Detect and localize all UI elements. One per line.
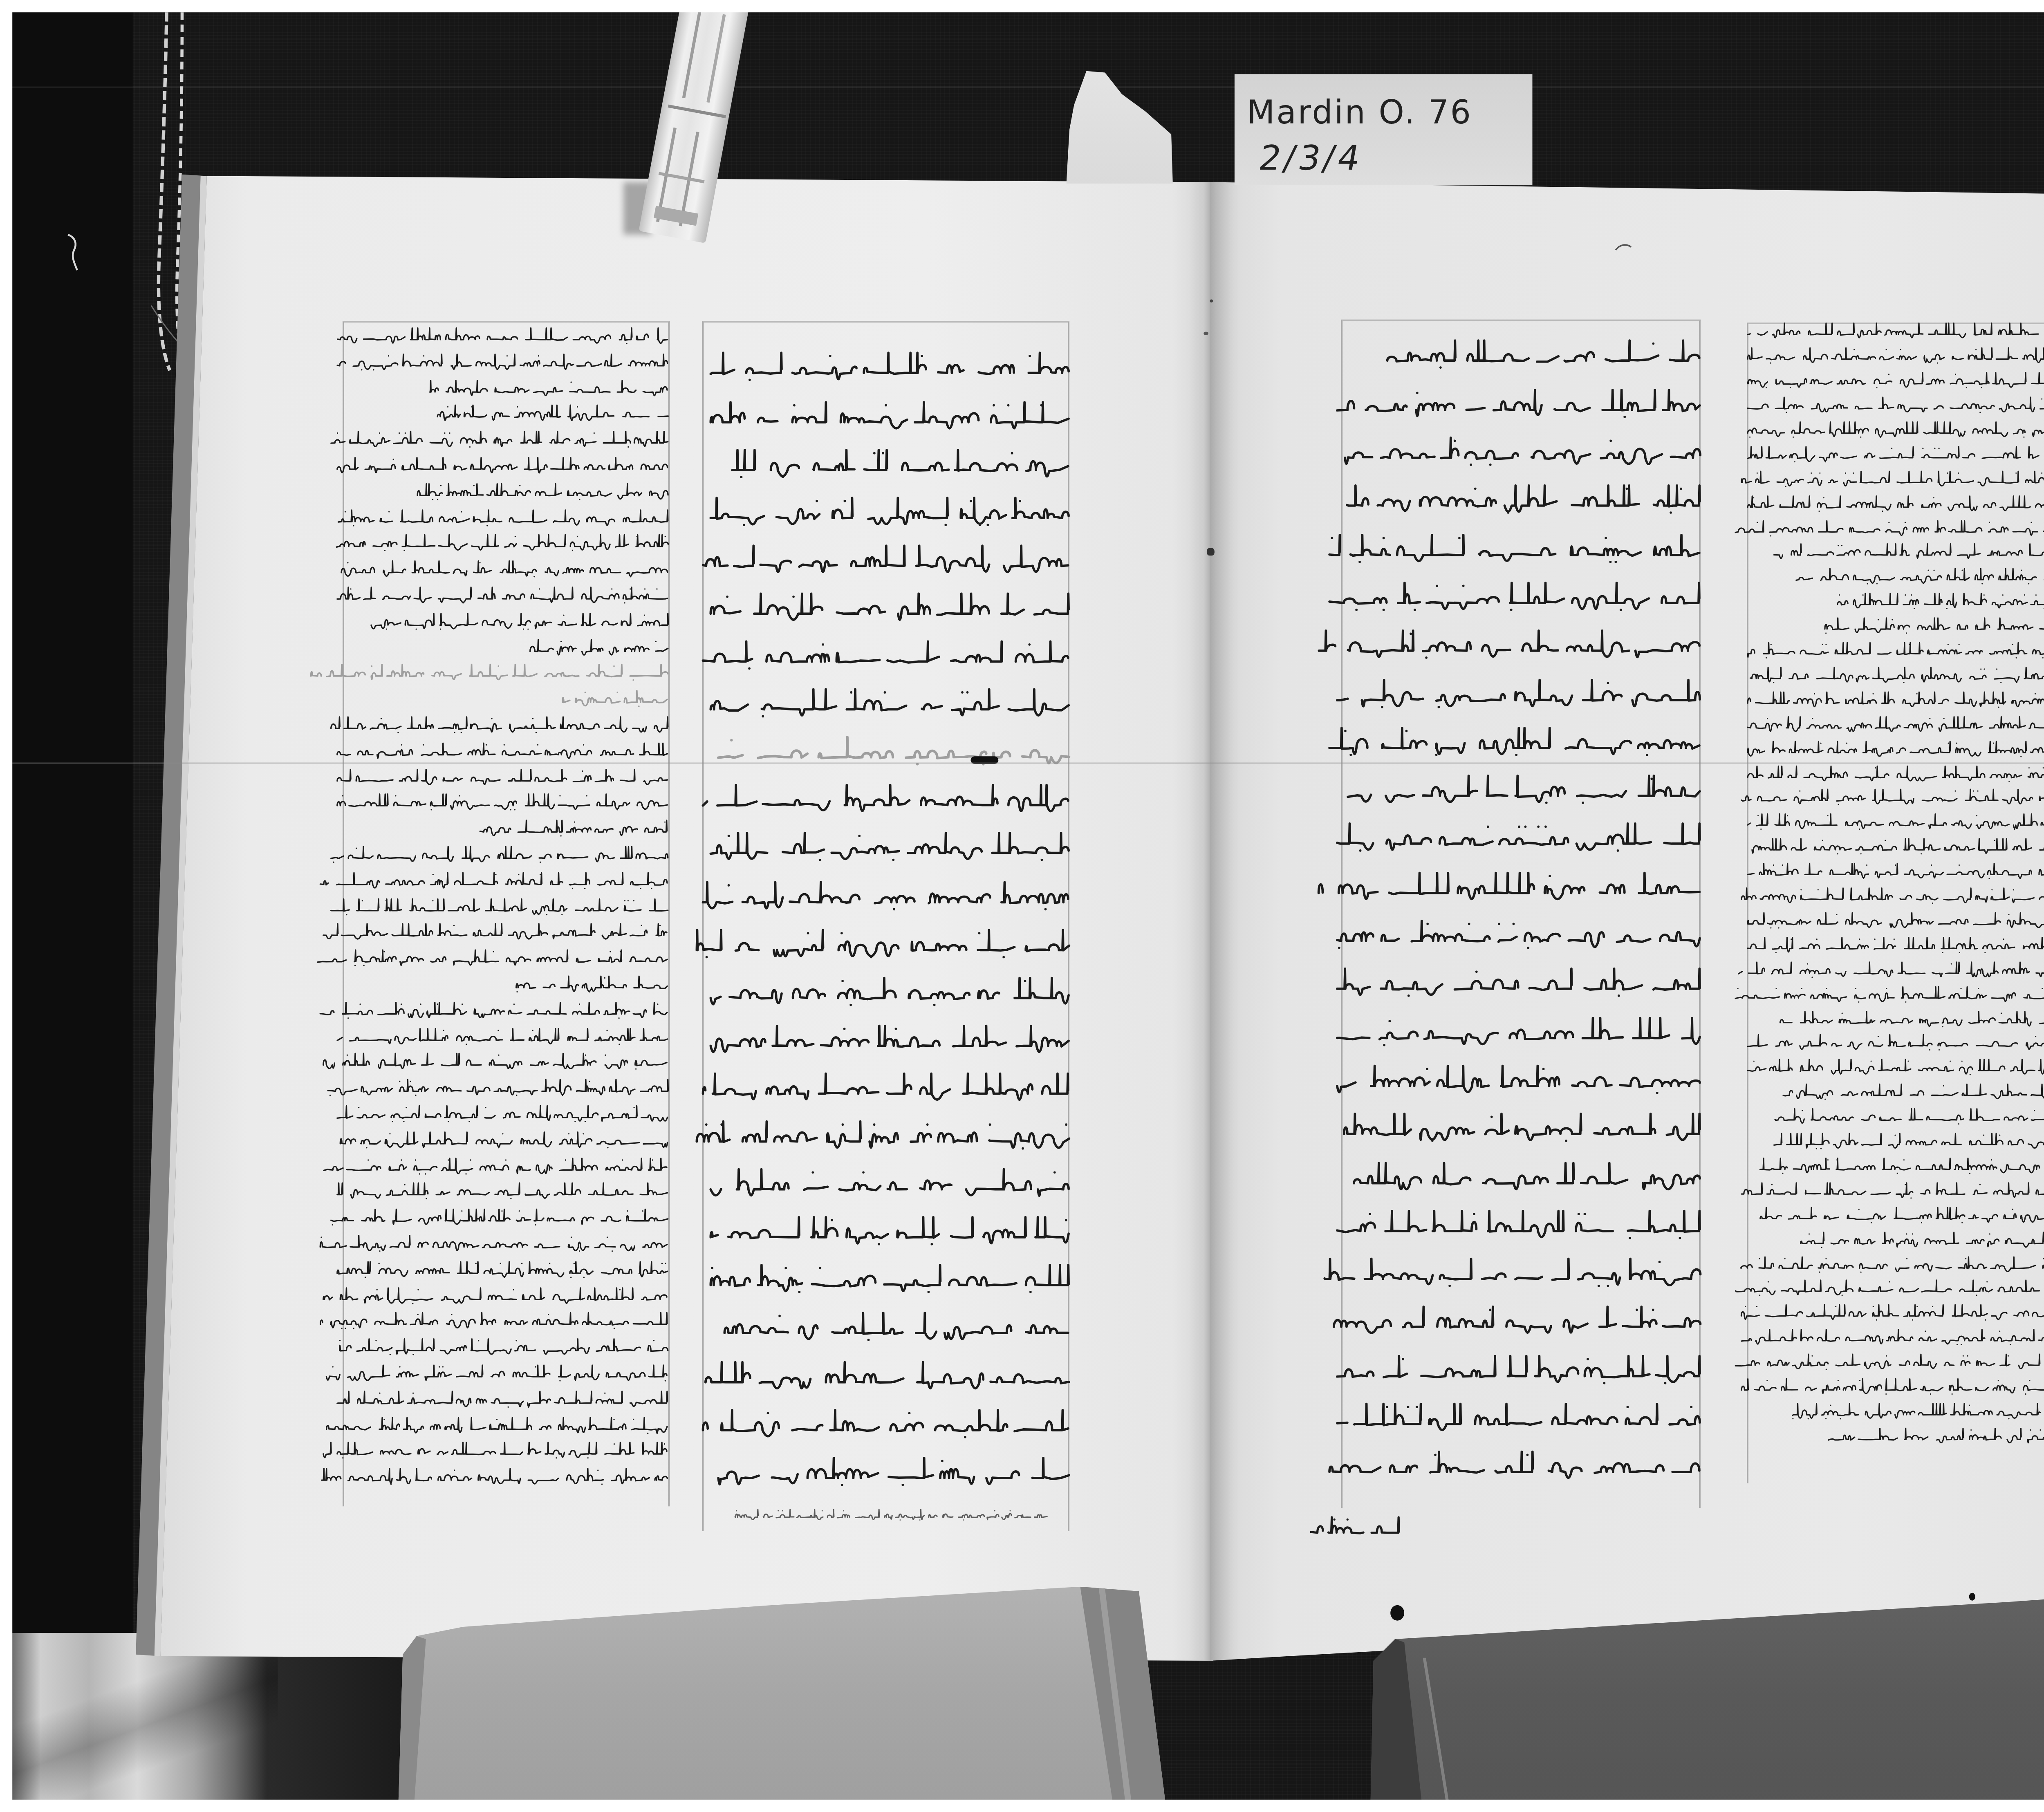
script-line xyxy=(1753,1205,2044,1227)
script-line xyxy=(695,1118,1069,1158)
script-line xyxy=(1329,723,1701,764)
clip-crossbar xyxy=(668,105,726,119)
script-line xyxy=(1322,1255,1700,1295)
script-line xyxy=(330,896,668,919)
script-line xyxy=(1336,1400,1701,1440)
script-line xyxy=(1747,322,2044,344)
script-line xyxy=(316,948,668,971)
gutter-mark xyxy=(1204,332,1208,335)
script-line xyxy=(1740,1377,2044,1399)
script-line xyxy=(724,1310,1069,1350)
script-line xyxy=(1329,579,1701,619)
script-line xyxy=(710,397,1069,437)
script-line xyxy=(1734,518,2044,540)
script-line xyxy=(323,1156,668,1179)
script-line xyxy=(710,1021,1069,1062)
script-line xyxy=(1747,371,2044,393)
gutter-shadow xyxy=(1188,182,1241,1661)
script-line xyxy=(1734,1303,2044,1325)
script-line xyxy=(320,1233,668,1257)
script-line xyxy=(1760,1156,2044,1178)
ink-dot xyxy=(1390,1605,1404,1621)
script-line xyxy=(710,685,1069,726)
script-line xyxy=(1336,965,1701,1005)
script-line xyxy=(695,925,1069,965)
script-line xyxy=(703,1069,1069,1109)
script-line xyxy=(730,1508,1048,1523)
script-line xyxy=(1336,1110,1701,1150)
script-line xyxy=(710,589,1069,629)
script-line xyxy=(336,559,668,582)
script-line xyxy=(1318,869,1701,909)
script-line xyxy=(724,446,1069,486)
cloth-fold-shadow xyxy=(0,1633,278,1812)
script-line xyxy=(320,1415,668,1438)
script-line xyxy=(1740,886,2044,908)
script-line xyxy=(323,1440,668,1464)
script-line xyxy=(703,637,1069,677)
script-line xyxy=(323,922,668,945)
script-line xyxy=(1336,772,1701,812)
script-line xyxy=(1336,1158,1701,1198)
script-line xyxy=(1792,1401,2044,1423)
script-line xyxy=(529,637,668,660)
photo-border-bottom xyxy=(0,1800,2044,1812)
script-line xyxy=(1336,482,1701,522)
script-line xyxy=(1344,434,1701,474)
script-line xyxy=(1747,665,2044,687)
script-line xyxy=(1336,1207,1701,1247)
script-line xyxy=(330,1337,668,1360)
script-line xyxy=(1329,1448,1701,1488)
script-line xyxy=(1747,641,2044,663)
script-line xyxy=(710,1261,1069,1301)
script-line xyxy=(336,1104,668,1127)
script-line xyxy=(1747,837,2044,859)
script-line xyxy=(330,429,668,452)
script-line xyxy=(710,1165,1069,1205)
script-line xyxy=(710,493,1069,533)
script-line xyxy=(1773,1107,2044,1129)
script-line xyxy=(336,793,668,816)
script-line xyxy=(695,1357,1069,1398)
script-line xyxy=(710,973,1069,1013)
script-line xyxy=(436,403,668,427)
script-line xyxy=(703,1405,1069,1445)
script-line xyxy=(336,326,668,349)
script-line xyxy=(1747,420,2044,442)
script-line xyxy=(370,611,668,634)
script-line xyxy=(1792,567,2044,589)
script-line xyxy=(1779,1082,2044,1104)
shelf-mark-title: Mardin O. 76 xyxy=(1247,94,1472,131)
script-line xyxy=(1779,1009,2044,1031)
script-line xyxy=(1336,820,1701,860)
script-line xyxy=(1740,788,2044,810)
script-line xyxy=(710,1214,1069,1254)
script-line xyxy=(1747,444,2044,466)
script-line xyxy=(1747,1058,2044,1080)
script-line xyxy=(1380,337,1701,377)
script-line xyxy=(1747,346,2044,368)
script-line xyxy=(1747,935,2044,957)
script-line xyxy=(703,878,1069,918)
script-line xyxy=(323,1052,668,1075)
script-line xyxy=(1336,1013,1701,1053)
script-line xyxy=(330,1207,668,1231)
script-line xyxy=(1336,675,1701,715)
script-line xyxy=(1310,1514,1400,1545)
script-line xyxy=(1318,627,1701,667)
thread-squiggle xyxy=(62,231,86,278)
script-line xyxy=(1734,1352,2044,1374)
script-line xyxy=(327,1077,668,1101)
script-line xyxy=(1336,1352,1701,1392)
script-line xyxy=(1747,690,2044,712)
clip-groove xyxy=(706,14,726,103)
script-line xyxy=(330,714,668,738)
script-line xyxy=(1798,1230,2044,1252)
script-line xyxy=(336,1026,668,1049)
shelf-mark-number: 2/3/4 xyxy=(1256,141,1366,179)
rubric-script-line xyxy=(717,733,1069,773)
shelf-mark-label: Mardin O. 76 2/3/4 xyxy=(1235,74,1533,185)
script-line xyxy=(1336,1062,1701,1102)
script-line xyxy=(1824,616,2044,638)
script-line xyxy=(327,533,668,556)
script-line xyxy=(336,455,668,479)
script-line xyxy=(515,974,668,997)
script-line xyxy=(1837,591,2044,614)
script-line xyxy=(320,870,668,894)
script-line xyxy=(323,1285,668,1308)
script-line xyxy=(336,352,668,375)
script-line xyxy=(1329,530,1701,570)
script-line xyxy=(416,481,668,504)
rubric-script-line xyxy=(310,663,668,686)
photo-border-left xyxy=(0,0,12,1812)
script-line xyxy=(710,349,1069,390)
ink-dot xyxy=(1969,1593,1975,1601)
script-line xyxy=(336,741,668,764)
script-line xyxy=(336,1389,668,1412)
script-line xyxy=(336,1129,668,1153)
script-line xyxy=(320,1000,668,1023)
script-line xyxy=(1740,1328,2044,1350)
script-line xyxy=(703,542,1069,582)
script-line xyxy=(320,1311,668,1334)
script-line xyxy=(1773,542,2044,564)
photo-border-top xyxy=(0,0,2044,12)
script-line xyxy=(1336,385,1701,426)
script-line xyxy=(717,1454,1069,1494)
script-line xyxy=(1734,984,2044,1006)
script-line xyxy=(476,818,668,842)
script-line xyxy=(1747,1033,2044,1055)
clip-groove xyxy=(682,10,702,99)
script-line xyxy=(330,507,668,531)
gutter-mark xyxy=(1207,548,1215,555)
script-line xyxy=(1322,1303,1700,1343)
script-line xyxy=(703,782,1069,822)
script-line xyxy=(1747,813,2044,835)
manuscript-photograph: Mardin O. 76 2/3/4 xyxy=(0,0,2044,1812)
script-line xyxy=(1740,469,2044,491)
script-line xyxy=(1747,862,2044,884)
script-line xyxy=(1747,911,2044,933)
script-line xyxy=(429,378,668,401)
rubric-script-line xyxy=(562,689,668,712)
script-line xyxy=(1747,714,2044,736)
script-line xyxy=(1737,960,2044,982)
script-line xyxy=(1336,917,1701,957)
script-line xyxy=(1747,395,2044,417)
script-line xyxy=(1747,493,2044,515)
script-line xyxy=(710,829,1069,869)
script-line xyxy=(1773,1131,2044,1153)
tiny-pen-mark xyxy=(1614,241,1633,253)
script-line xyxy=(336,585,668,608)
photo-crease xyxy=(12,762,2044,764)
clip-foot xyxy=(654,206,698,226)
script-line xyxy=(323,1363,668,1386)
script-line xyxy=(1731,1279,2044,1301)
gutter-mark xyxy=(1210,300,1213,303)
script-line xyxy=(336,1181,668,1205)
top-crease xyxy=(0,86,2044,87)
script-line xyxy=(1747,763,2044,785)
script-line xyxy=(1747,739,2044,761)
script-line xyxy=(336,1259,668,1282)
script-line xyxy=(316,1467,668,1490)
script-line xyxy=(1731,1254,2044,1276)
script-line xyxy=(330,844,668,867)
script-line xyxy=(1824,1426,2044,1448)
script-line xyxy=(336,766,668,790)
script-line xyxy=(1740,1180,2044,1203)
